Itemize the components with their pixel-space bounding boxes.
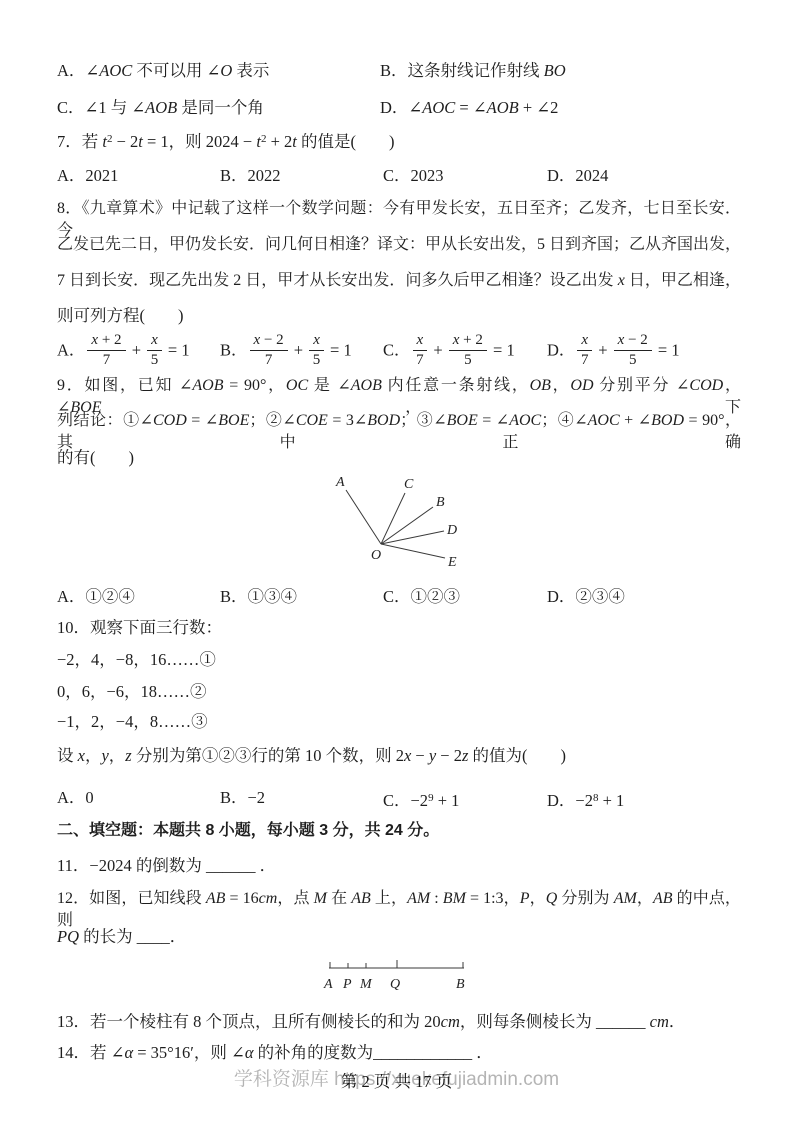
label-E: E: [447, 555, 457, 570]
label-C: C: [404, 477, 414, 492]
q13-stem: 13．若一个棱柱有 8 个顶点，且所有侧棱长的和为 20cm，则每条侧棱长为 _…: [57, 1011, 685, 1033]
q8-option-a: A．x + 27 + x5 = 1: [57, 332, 190, 371]
label-P: P: [342, 977, 352, 992]
q9-stem-line-3: 的有( ): [57, 447, 134, 469]
ray-OA: [346, 490, 381, 544]
ray-OC: [381, 493, 405, 544]
ray-OE: [381, 544, 445, 558]
label-A: A: [323, 977, 333, 992]
q7-option-a: A．2021: [57, 165, 118, 187]
label-Q: Q: [390, 977, 400, 992]
q8-stem-line-2: 乙发已先二日，甲仍发长安．问几何日相逢？译文：甲从长安出发，5 日到齐国；乙从齐…: [57, 234, 741, 256]
q7-option-d: D．2024: [547, 165, 608, 187]
label-A: A: [335, 475, 345, 490]
label-M: M: [359, 977, 373, 992]
q10-stem: 10．观察下面三行数：: [57, 617, 222, 639]
q9-option-b: B．①③④: [220, 586, 297, 608]
q11-stem: 11．−2024 的倒数为 ______ ．: [57, 855, 276, 877]
label-O: O: [371, 548, 381, 563]
q10-row-2: 0，6，−6，18……②: [57, 681, 207, 703]
q12-stem-line-2: PQ 的长为 ____．: [57, 926, 186, 948]
q7-option-c: C．2023: [383, 165, 444, 187]
label-B: B: [436, 495, 445, 510]
q8-option-d: D．x7 + x − 25 = 1: [547, 332, 680, 371]
q10-row-1: −2，4，−8，16……①: [57, 649, 216, 671]
q10-option-c: C．−29 + 1: [383, 787, 459, 812]
q7-option-b: B．2022: [220, 165, 281, 187]
q6-option-c: C．∠1 与 ∠AOB 是同一个角: [57, 97, 264, 119]
q12-segment-figure: A P M Q B: [280, 952, 530, 997]
q9-option-d: D．②③④: [547, 586, 625, 608]
q9-option-c: C．①②③: [383, 586, 460, 608]
q7-stem: 7．若 t2 − 2t = 1，则 2024 − t2 + 2t 的值是( ): [57, 128, 395, 153]
label-B: B: [456, 977, 465, 992]
q6-option-b: B．这条射线记作射线 BO: [380, 60, 566, 82]
page-number: 第 2 页 共 17 页: [0, 1071, 793, 1093]
q8-option-c: C．x7 + x + 25 = 1: [383, 332, 515, 371]
q6-option-d: D．∠AOC = ∠AOB + ∠2: [380, 97, 558, 119]
q10-option-a: A．0: [57, 787, 94, 809]
q10-option-d: D．−28 + 1: [547, 787, 624, 812]
label-D: D: [446, 523, 457, 538]
section-2-header: 二、填空题：本题共 8 小题，每小题 3 分，共 24 分。: [57, 820, 439, 842]
q8-stem-line-3: 7 日到长安．现乙先出发 2 日，甲才从长安出发．问多久后甲乙相逢？设乙出发 x…: [57, 270, 741, 292]
q9-angle-figure: A C B D E O: [280, 470, 530, 580]
q14-stem: 14．若 ∠α = 35°16′，则 ∠α 的补角的度数为___________…: [57, 1042, 493, 1064]
q6-option-a: A．∠AOC 不可以用 ∠O 表示: [57, 60, 269, 82]
q10-option-b: B．−2: [220, 787, 265, 809]
exam-page: A．∠AOC 不可以用 ∠O 表示 B．这条射线记作射线 BO C．∠1 与 ∠…: [0, 0, 793, 1122]
q10-set-line: 设 x，y，z 分别为第①②③行的第 10 个数，则 2x − y − 2z 的…: [57, 745, 566, 767]
q9-option-a: A．①②④: [57, 586, 135, 608]
q8-option-b: B．x − 27 + x5 = 1: [220, 332, 352, 371]
q9-stem-line-2: 列结论：①∠COD = ∠BOE；②∠COE = 3∠BOD；③∠BOE = ∠…: [57, 410, 741, 454]
q10-row-3: −1，2，−4，8……③: [57, 711, 208, 733]
q8-stem-line-4: 则可列方程( ): [57, 305, 184, 327]
